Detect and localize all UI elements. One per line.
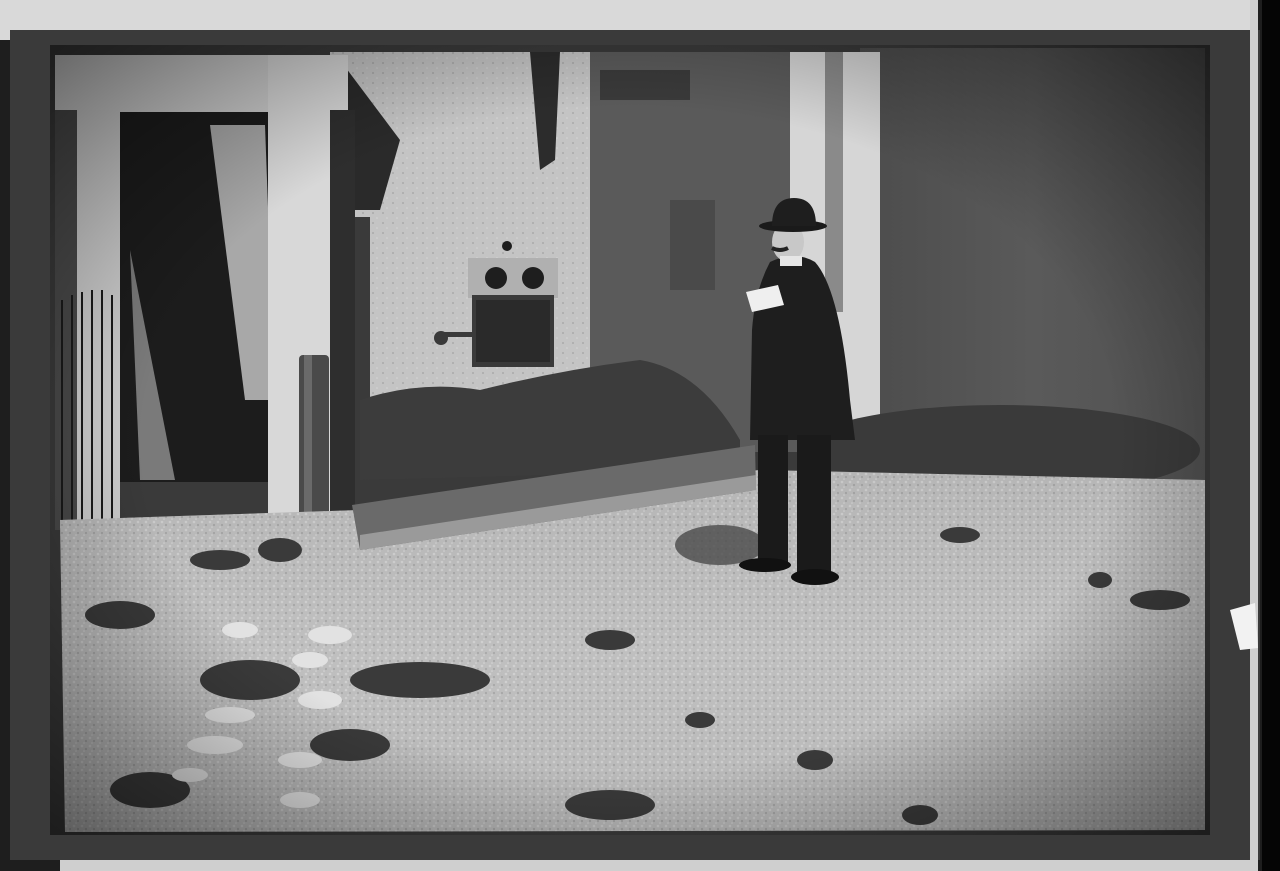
plate-right-edge bbox=[1250, 0, 1258, 871]
vignette bbox=[50, 45, 1210, 835]
right-edge-strip bbox=[1262, 0, 1280, 871]
photograph bbox=[0, 0, 1280, 871]
